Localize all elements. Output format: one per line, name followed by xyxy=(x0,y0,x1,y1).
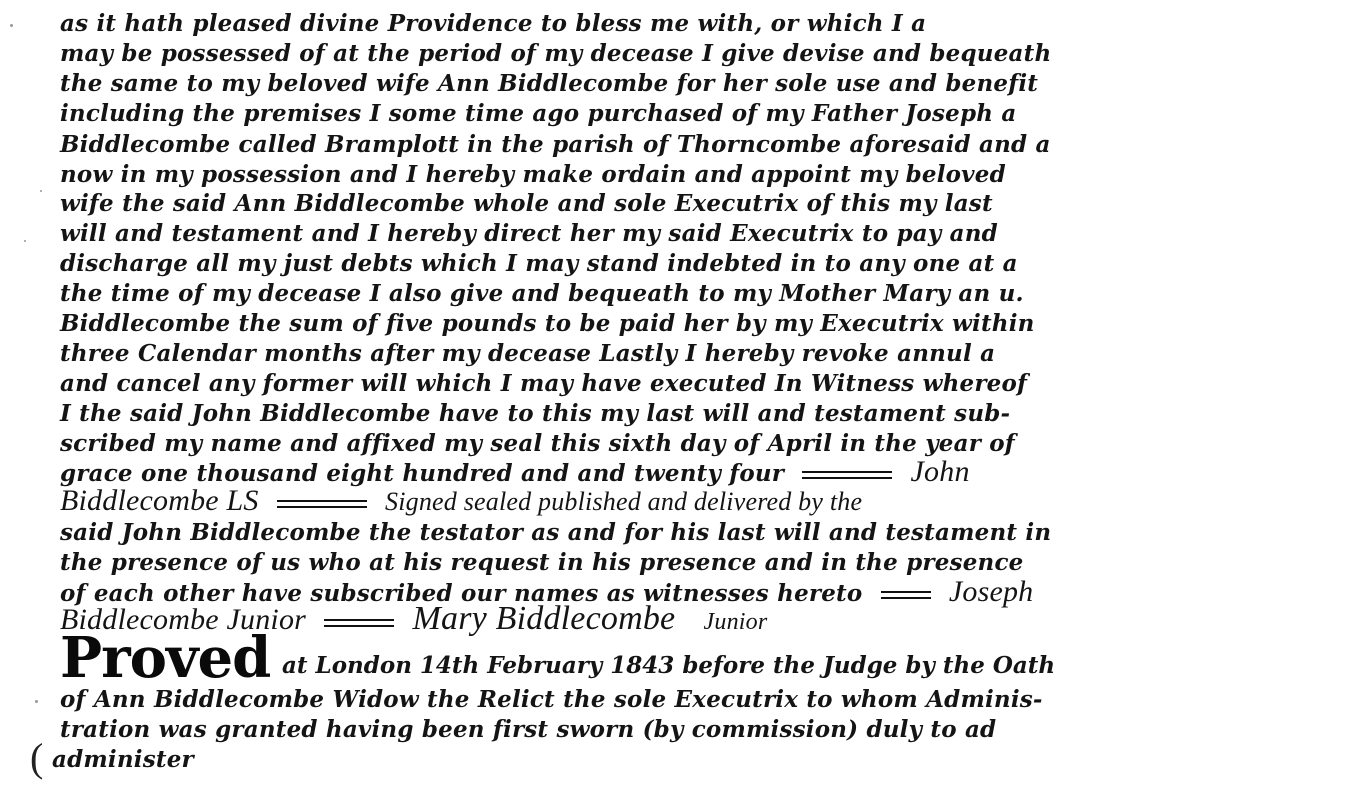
probate-heading: Proved xyxy=(60,628,270,688)
document-page: as it hath pleased divine Providence to … xyxy=(0,0,1348,797)
witness-first-name: Joseph xyxy=(949,575,1034,608)
witness-2-name: Mary Biddlecombe xyxy=(412,600,675,637)
probate-line-2: of Ann Biddlecombe Widow the Relict the … xyxy=(60,686,1043,714)
text-line: scribed my name and affixed my seal this… xyxy=(60,430,1015,458)
text-line: and cancel any former will which I may h… xyxy=(60,370,1027,398)
signed-sealed-phrase-start: Signed sealed published and delivered by… xyxy=(385,487,862,516)
text-line: now in my possession and I hereby make o… xyxy=(60,161,1006,189)
text-line: I the said John Biddlecombe have to this… xyxy=(60,400,1010,428)
flourish-dash xyxy=(802,471,892,479)
scan-speck xyxy=(10,24,13,27)
probate-line-1: at London 14th February 1843 before the … xyxy=(282,652,1055,680)
scan-speck xyxy=(40,190,42,192)
flourish-dash xyxy=(881,591,931,599)
text-line: discharge all my just debts which I may … xyxy=(60,250,1018,278)
text-line: including the premises I some time ago p… xyxy=(60,100,1016,128)
text-line: may be possessed of at the period of my … xyxy=(60,40,1051,68)
scan-speck xyxy=(24,240,26,242)
flourish-dash xyxy=(277,500,367,508)
text-line: will and testament and I hereby direct h… xyxy=(60,220,998,248)
text-line: the time of my decease I also give and b… xyxy=(60,280,1024,308)
scan-speck xyxy=(35,700,38,703)
text-line: three Calendar months after my decease L… xyxy=(60,340,995,368)
margin-bracket-mark: ( xyxy=(30,738,43,778)
text-line: as it hath pleased divine Providence to … xyxy=(60,10,926,38)
text-line: said John Biddlecombe the testator as an… xyxy=(60,519,1051,547)
witness-2-suffix: Junior xyxy=(704,609,768,635)
text-line: Biddlecombe called Bramplott in the pari… xyxy=(60,131,1051,159)
text-segment: grace one thousand eight hundred and and… xyxy=(60,460,784,487)
text-line: the same to my beloved wife Ann Biddleco… xyxy=(60,70,1038,98)
flourish-dash xyxy=(324,619,394,627)
probate-line-3: tration was granted having been first sw… xyxy=(60,716,996,744)
text-line: Biddlecombe the sum of five pounds to be… xyxy=(60,310,1035,338)
signature-line: Biddlecombe LS Signed sealed published a… xyxy=(60,487,862,517)
text-line: wife the said Ann Biddlecombe whole and … xyxy=(60,190,993,218)
probate-line-4: administer xyxy=(52,746,194,774)
text-line: the presence of us who at his request in… xyxy=(60,549,1024,577)
signature-first-name: John xyxy=(911,455,970,488)
signature-surname: Biddlecombe LS xyxy=(60,484,259,517)
